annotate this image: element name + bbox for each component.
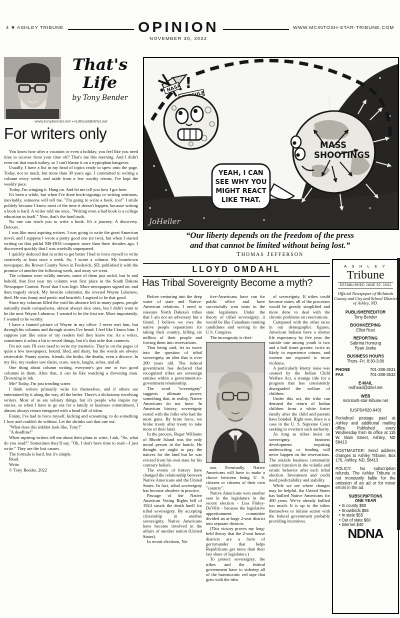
column-title-line1: That's	[63, 56, 137, 74]
paragraph: I was like most aspiring writers. I was …	[4, 230, 138, 252]
masthead-established: ESTABLISHED JUNE 30, 1941	[338, 282, 393, 289]
speech-line-2: SEE WHY YOU	[215, 178, 266, 186]
paragraph: © Tony Bender, 2022	[4, 468, 138, 473]
paragraph: No one can teach you to write a book. It…	[4, 219, 138, 230]
tony-bender-photo	[4, 57, 61, 119]
section-header: OPINION NOVEMBER 30, 2022	[138, 20, 219, 42]
paragraph: Passage of the Native American Voting Ri…	[143, 493, 202, 539]
paragraph: Usually, I have a list in my head of top…	[4, 165, 138, 187]
cartoonist-signature: JoHeller	[147, 217, 181, 226]
periodical-notice: Periodical postage paid at Ashley and ad…	[334, 416, 397, 445]
paragraph: tive-Americans have run for public offic…	[206, 294, 265, 335]
column-masthead: That's Life by Tony Bender	[63, 56, 137, 102]
paragraph: Funny, I've had to force myself, kicking…	[4, 414, 138, 425]
header-rule-right	[223, 29, 289, 30]
paragraph: You know how after a vacation or even a …	[4, 149, 138, 165]
fax-number: 701-288-3532	[370, 372, 396, 377]
paragraph: The events of history have changed the r…	[143, 467, 202, 493]
newspaper-page: 4 ★ ASHLEY TRIBUNE OPINION NOVEMBER 30, …	[0, 0, 400, 618]
speech-line-4: LIKE THAT.	[221, 196, 260, 204]
publisher-name: Tony Bender	[334, 315, 397, 320]
fax-label: FAX	[336, 372, 344, 377]
bookkeeping-name: Elliot Rust	[334, 328, 397, 333]
paragraph: The word "sovereignty" suggests ultimate…	[143, 386, 202, 432]
header-rule-left	[68, 29, 134, 30]
paragraph: Native Americans won another seat in the…	[206, 490, 265, 526]
reporter-name-2: Ryan Janke	[334, 346, 397, 351]
omdahl-rule-top	[143, 263, 330, 264]
author-contact-text: www.tonybender.net • redhead@drtel.net	[4, 119, 138, 124]
paragraph: To protect sovereignty, the tribes and t…	[206, 557, 265, 583]
issue-date: NOVEMBER 30, 2022	[138, 37, 219, 42]
omdahl-col-3: of sovereignty. If tribes could become s…	[269, 294, 330, 524]
website-label: WWW.MCINTOSH-STAR-TRIBUNE.COM	[293, 26, 394, 31]
paragraph: The incongruity is obvi-	[206, 335, 265, 340]
paragraph: Before venturing into the deep water of …	[143, 294, 202, 345]
writers-article: You know how after a vacation or even a …	[4, 149, 138, 615]
postmaster-notice: POSTMASTER: Send address changes to Ashl…	[334, 449, 397, 463]
quote-line-2: and that cannot be limited without being…	[143, 241, 397, 251]
paragraph: It's been a while, but when I've done bo…	[4, 192, 138, 219]
paragraph: When aspiring writers tell me about thei…	[4, 435, 138, 451]
author-contact: www.tonybender.net • redhead@drtel.net	[4, 119, 138, 126]
masthead-box: A S H L E Y Tribune ESTABLISHED JUNE 30,…	[332, 259, 399, 614]
omdahl-col-2: tive-Americans have run for public offic…	[206, 294, 265, 582]
quote-line-1: “Our liberty depends on the freedom of t…	[143, 231, 397, 241]
earth-label-line2: SHOOTINGS	[314, 150, 370, 160]
subscription-rates: • In county $50• Snowbirds $55• In state…	[334, 503, 397, 527]
article-headline: For writers only	[4, 126, 138, 144]
omdahl-article: Before venturing into the deep water of …	[143, 294, 330, 614]
paragraph: I quickly deduced that in order to get b…	[4, 252, 138, 274]
page-number-label: 4 ★ ASHLEY TRIBUNE	[6, 26, 64, 31]
hours-value: Thurs.-Fri. 8:30-3:00	[334, 359, 397, 364]
paragraph: ous. Eventually, Native Americans will h…	[206, 465, 265, 491]
masthead-title: Tribune	[334, 269, 397, 281]
paragraph: As long as tribes insist on sovereignty,…	[269, 432, 330, 483]
policy-notice: POLICY: No subscription refunds. The Ash…	[334, 466, 397, 490]
paragraph: The columns were wildly uneven, some of …	[4, 273, 138, 300]
section-title: OPINION	[138, 20, 219, 35]
editorial-cartoon: NASA CAPSULE !	[143, 57, 399, 230]
paragraph: While we see where changes may be helpfu…	[269, 483, 330, 524]
paragraph: I think writers primarily write for them…	[4, 387, 138, 414]
fax-row: FAX 701-288-3532	[334, 372, 397, 377]
paragraph: I'm not sure I'll ever need to write my …	[4, 343, 138, 365]
paragraph: In recent elections, Na-	[143, 539, 202, 544]
omdahl-col2-bottom: ous. Eventually, Native Americans will h…	[206, 465, 265, 582]
writers-article-body: You know how after a vacation or even a …	[4, 149, 138, 473]
earth-label-line1: MASS	[320, 140, 347, 150]
lloyd-omdahl-photo	[206, 342, 265, 463]
web-value: mcintosh-star-tribune.net	[334, 399, 397, 404]
paragraph: That being said, let us move into the qu…	[143, 345, 202, 386]
paragraph: Compared with the other races in our dem…	[269, 320, 330, 366]
usps-number: (USPS#020-940)	[334, 408, 397, 413]
column-byline: by Tony Bender	[63, 94, 137, 102]
moon-exclamation: !	[185, 74, 192, 92]
speech-line-3: MIGHT REACT	[216, 187, 267, 195]
paragraph: One thing about column writing, everyone…	[4, 365, 138, 381]
speech-line-1: YEAH, I CAN	[218, 169, 264, 177]
quote-attribution: Thomas Jefferson	[143, 251, 397, 258]
omdahl-rule-bottom	[143, 276, 330, 277]
omdahl-headline: Has Tribal Sovereignty Become a myth?	[142, 278, 332, 289]
paragraph: (This victory proves my long-held theory…	[206, 526, 265, 557]
page-header: 4 ★ ASHLEY TRIBUNE OPINION NOVEMBER 30, …	[6, 20, 394, 42]
omdahl-col-1: Before venturing into the deep water of …	[143, 294, 202, 544]
omdahl-author: LLOYD OMDAHL	[143, 265, 330, 274]
paragraph: I have a framed picture of Wayne in my o…	[4, 322, 138, 344]
masthead-official: Official Newspaper of McIntosh County an…	[334, 292, 397, 306]
jefferson-quote: “Our liberty depends on the freedom of t…	[143, 231, 397, 258]
omdahl-col2-top: tive-Americans have run for public offic…	[206, 294, 265, 340]
column-title-line2: Life	[63, 74, 137, 92]
paragraph: Under this act, the tribe can demand the…	[269, 396, 330, 432]
ndna-logo: NDNA	[334, 531, 397, 536]
paragraph: In the process, Roger Williams of Rhode …	[143, 432, 202, 468]
paragraph: Since my columns filled the void his abs…	[4, 300, 138, 322]
paragraph: A particularly knotty issue was created …	[269, 365, 330, 396]
email-value: redhead@drtel.net	[334, 386, 397, 391]
paragraph: of sovereignty. If tribes could become s…	[269, 294, 330, 320]
